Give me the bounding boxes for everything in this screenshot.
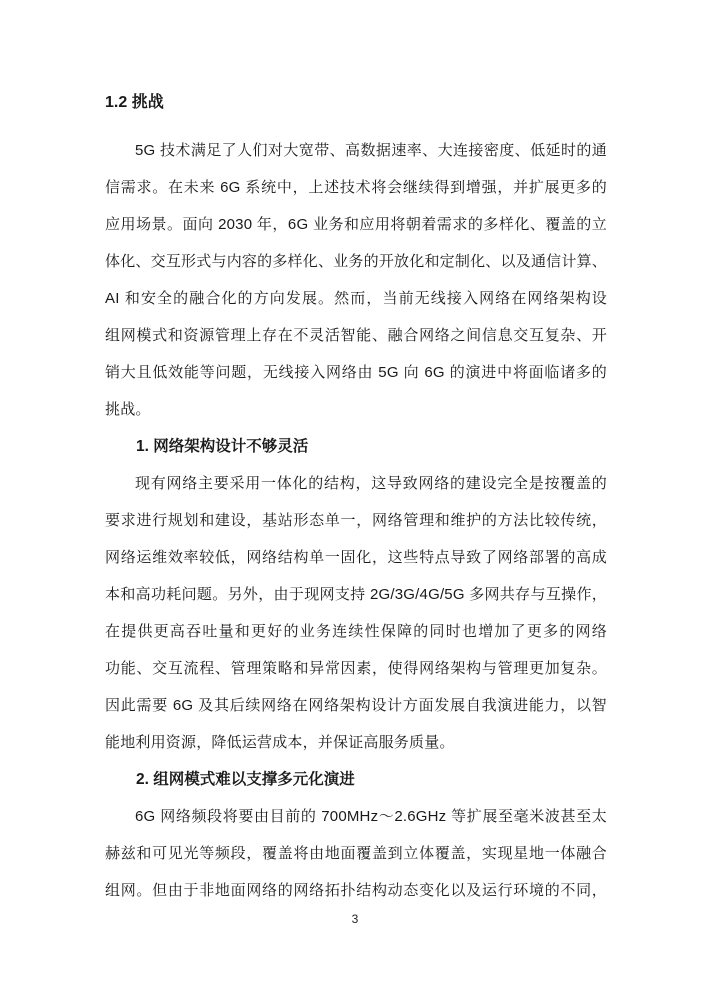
text-line: 因此需要 6G 及其后续网络在网络架构设计方面发展自我演进能力，以智 bbox=[105, 687, 607, 724]
text-line: 本和高功耗问题。另外，由于现网支持 2G/3G/4G/5G 多网共存与互操作， bbox=[105, 576, 607, 613]
text-line: 组网模式和资源管理上存在不灵活智能、融合网络之间信息交互复杂、开 bbox=[105, 317, 607, 354]
subsection-heading-2: 2. 组网模式难以支撑多元化演进 bbox=[105, 761, 607, 798]
text-line: 体化、交互形式与内容的多样化、业务的开放化和定制化、以及通信计算、 bbox=[105, 243, 607, 280]
text-line: 6G 网络频段将要由目前的 700MHz～2.6GHz 等扩展至毫米波甚至太 bbox=[105, 798, 607, 835]
page-content: 1.2 挑战 5G 技术满足了人们对大宽带、高数据速率、大连接密度、低延时的通 … bbox=[105, 84, 607, 909]
text-line: 5G 技术满足了人们对大宽带、高数据速率、大连接密度、低延时的通 bbox=[105, 132, 607, 169]
text-line: 要求进行规划和建设，基站形态单一，网络管理和维护的方法比较传统， bbox=[105, 502, 607, 539]
text-line: 现有网络主要采用一体化的结构，这导致网络的建设完全是按覆盖的 bbox=[105, 465, 607, 502]
text-line: 赫兹和可见光等频段，覆盖将由地面覆盖到立体覆盖，实现星地一体融合 bbox=[105, 835, 607, 872]
text-line: 功能、交互流程、管理策略和异常因素，使得网络架构与管理更加复杂。 bbox=[105, 650, 607, 687]
document-page: 1.2 挑战 5G 技术满足了人们对大宽带、高数据速率、大连接密度、低延时的通 … bbox=[0, 0, 710, 1004]
text-line: 应用场景。面向 2030 年，6G 业务和应用将朝着需求的多样化、覆盖的立 bbox=[105, 206, 607, 243]
paragraph-2: 现有网络主要采用一体化的结构，这导致网络的建设完全是按覆盖的 要求进行规划和建设… bbox=[105, 465, 607, 761]
text-line: 挑战。 bbox=[105, 391, 607, 428]
text-line: 组网。但由于非地面网络的网络拓扑结构动态变化以及运行环境的不同， bbox=[105, 872, 607, 909]
paragraph-3: 6G 网络频段将要由目前的 700MHz～2.6GHz 等扩展至毫米波甚至太 赫… bbox=[105, 798, 607, 909]
text-line: 销大且低效能等问题，无线接入网络由 5G 向 6G 的演进中将面临诸多的 bbox=[105, 354, 607, 391]
text-line: 能地利用资源，降低运营成本，并保证高服务质量。 bbox=[105, 724, 607, 761]
text-line: 网络运维效率较低，网络结构单一固化，这些特点导致了网络部署的高成 bbox=[105, 539, 607, 576]
text-line: 信需求。在未来 6G 系统中，上述技术将会继续得到增强，并扩展更多的 bbox=[105, 169, 607, 206]
paragraph-1: 5G 技术满足了人们对大宽带、高数据速率、大连接密度、低延时的通 信需求。在未来… bbox=[105, 132, 607, 428]
subsection-heading-1: 1. 网络架构设计不够灵活 bbox=[105, 428, 607, 465]
page-number: 3 bbox=[0, 912, 710, 926]
text-line: 在提供更高吞吐量和更好的业务连续性保障的同时也增加了更多的网络 bbox=[105, 613, 607, 650]
text-line: AI 和安全的融合化的方向发展。然而，当前无线接入网络在网络架构设计、 bbox=[105, 280, 607, 317]
section-heading: 1.2 挑战 bbox=[105, 84, 607, 121]
